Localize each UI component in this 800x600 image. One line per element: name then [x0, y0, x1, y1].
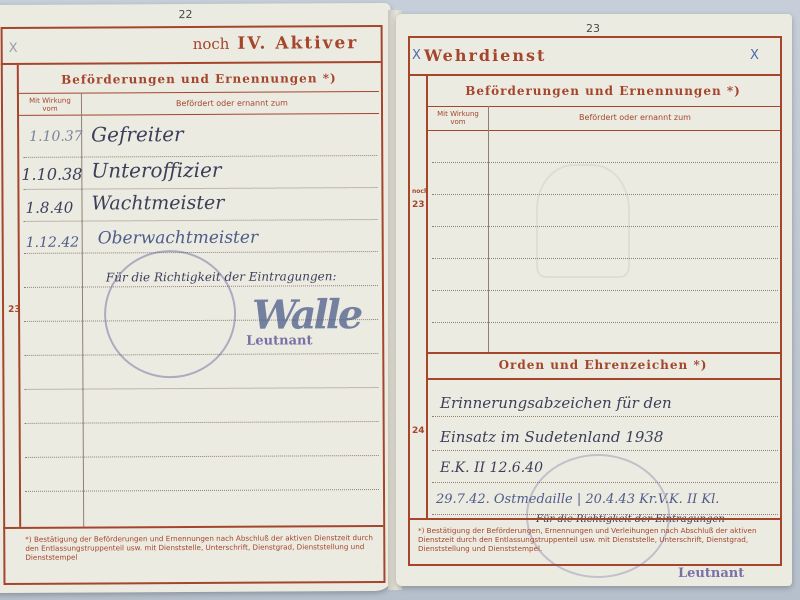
award-entry: Erinnerungsabzeichen für den [440, 394, 672, 412]
entry-rank: Wachtmeister [91, 192, 224, 215]
divider [408, 518, 780, 520]
column-divider [488, 106, 489, 352]
column-header-date: Mit Wirkung vom [21, 97, 79, 113]
award-entry: Einsatz im Sudetenland 1938 [440, 428, 663, 446]
divider [428, 378, 780, 380]
entry-date: 1.8.40 [25, 199, 73, 217]
ruled-line [432, 162, 778, 163]
ruled-line [432, 290, 778, 291]
side-prefix: noch [412, 188, 428, 195]
entry-rank: Unteroffizier [91, 158, 221, 183]
ruled-line [432, 194, 778, 195]
corner-mark-right: X [750, 48, 759, 63]
awards-side-number: 24 [412, 426, 425, 436]
right-page: 23 X Wehrdienst X Beförderungen und Erne… [396, 14, 792, 586]
footnote: *) Bestätigung der Beförderungen, Ernenn… [418, 526, 774, 553]
footnote: *) Bestätigung der Beförderungen und Ern… [25, 533, 375, 562]
certification-text: Für die Richtigkeit der Eintragungen: [106, 269, 337, 284]
column-header-date: Mit Wirkung vom [430, 110, 486, 126]
entry-date: 1.10.38 [21, 165, 82, 184]
divider [428, 130, 780, 131]
signature-rank-stamp: Leutnant [246, 333, 312, 348]
left-page: 22 X noch IV. Aktiver Beförderungen und … [0, 3, 394, 593]
side-number: 23 [8, 305, 21, 315]
section-title: Beförderungen und Ernennungen *) [19, 71, 379, 87]
divider [408, 74, 780, 76]
column-header-rank: Befördert oder ernannt zum [85, 99, 379, 109]
divider [428, 106, 780, 107]
entry-date: 1.10.37 [29, 129, 83, 145]
entry-rank: Gefreiter [91, 122, 184, 146]
signature-rank-stamp: Leutnant [678, 566, 744, 581]
ruled-line [432, 450, 778, 451]
side-number: 23 [412, 200, 425, 210]
header-prefix: noch [193, 35, 230, 53]
page-number: 22 [178, 8, 192, 21]
ruled-line [432, 322, 778, 323]
corner-mark-left: X [412, 48, 421, 63]
entry-rank: Oberwachtmeister [98, 228, 258, 249]
section-title: Beförderungen und Ernennungen *) [428, 84, 778, 98]
ruled-line [432, 226, 778, 227]
header-title: IV. Aktiver [237, 33, 358, 54]
eagle-watermark [536, 164, 630, 278]
ruled-line [432, 416, 778, 417]
entry-date: 1.12.42 [26, 235, 80, 251]
page-number: 23 [586, 22, 600, 35]
signature: Walle [252, 291, 360, 339]
column-header-rank: Befördert oder ernannt zum [492, 114, 778, 122]
divider [428, 352, 780, 354]
page-header: Wehrdienst [424, 46, 546, 65]
ruled-line [432, 258, 778, 259]
award-entry: E.K. II 12.6.40 [440, 460, 543, 476]
page-header: noch IV. Aktiver [193, 33, 359, 54]
awards-section-title: Orden und Ehrenzeichen *) [428, 358, 778, 372]
margin-line [426, 76, 428, 518]
corner-mark: X [9, 41, 18, 56]
